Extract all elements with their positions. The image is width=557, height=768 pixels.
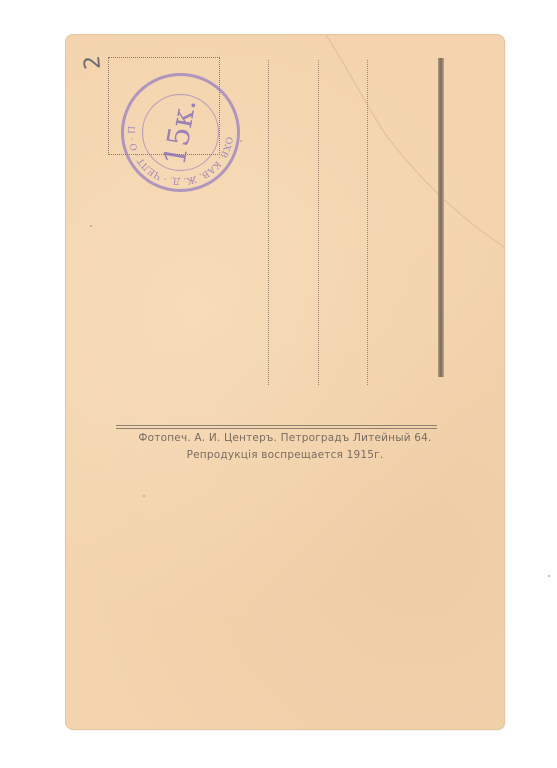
paper-speck	[143, 495, 145, 497]
svg-text:15к.: 15к.	[157, 96, 203, 168]
imprint-rule-top	[116, 425, 437, 426]
address-line-2	[318, 60, 319, 385]
paper-speck	[240, 140, 242, 142]
imprint-line-2: Репродукція воспрещается 1915г.	[66, 449, 504, 461]
imprint-line-1: Фотопеч. А. И. Центеръ. Петроградъ Литей…	[66, 432, 504, 444]
cancellation-stamp: ОХВ. КАВ. Ж. Д. · ЧЕЛТ · О · П 15к.	[118, 70, 243, 195]
pencil-mark: 2	[80, 54, 106, 70]
divider-bar	[438, 58, 444, 377]
address-line-1	[268, 60, 269, 385]
imprint-rule-bottom	[116, 428, 437, 429]
paper-speck	[548, 575, 550, 577]
paper-speck	[90, 225, 92, 227]
address-line-3	[367, 60, 368, 385]
